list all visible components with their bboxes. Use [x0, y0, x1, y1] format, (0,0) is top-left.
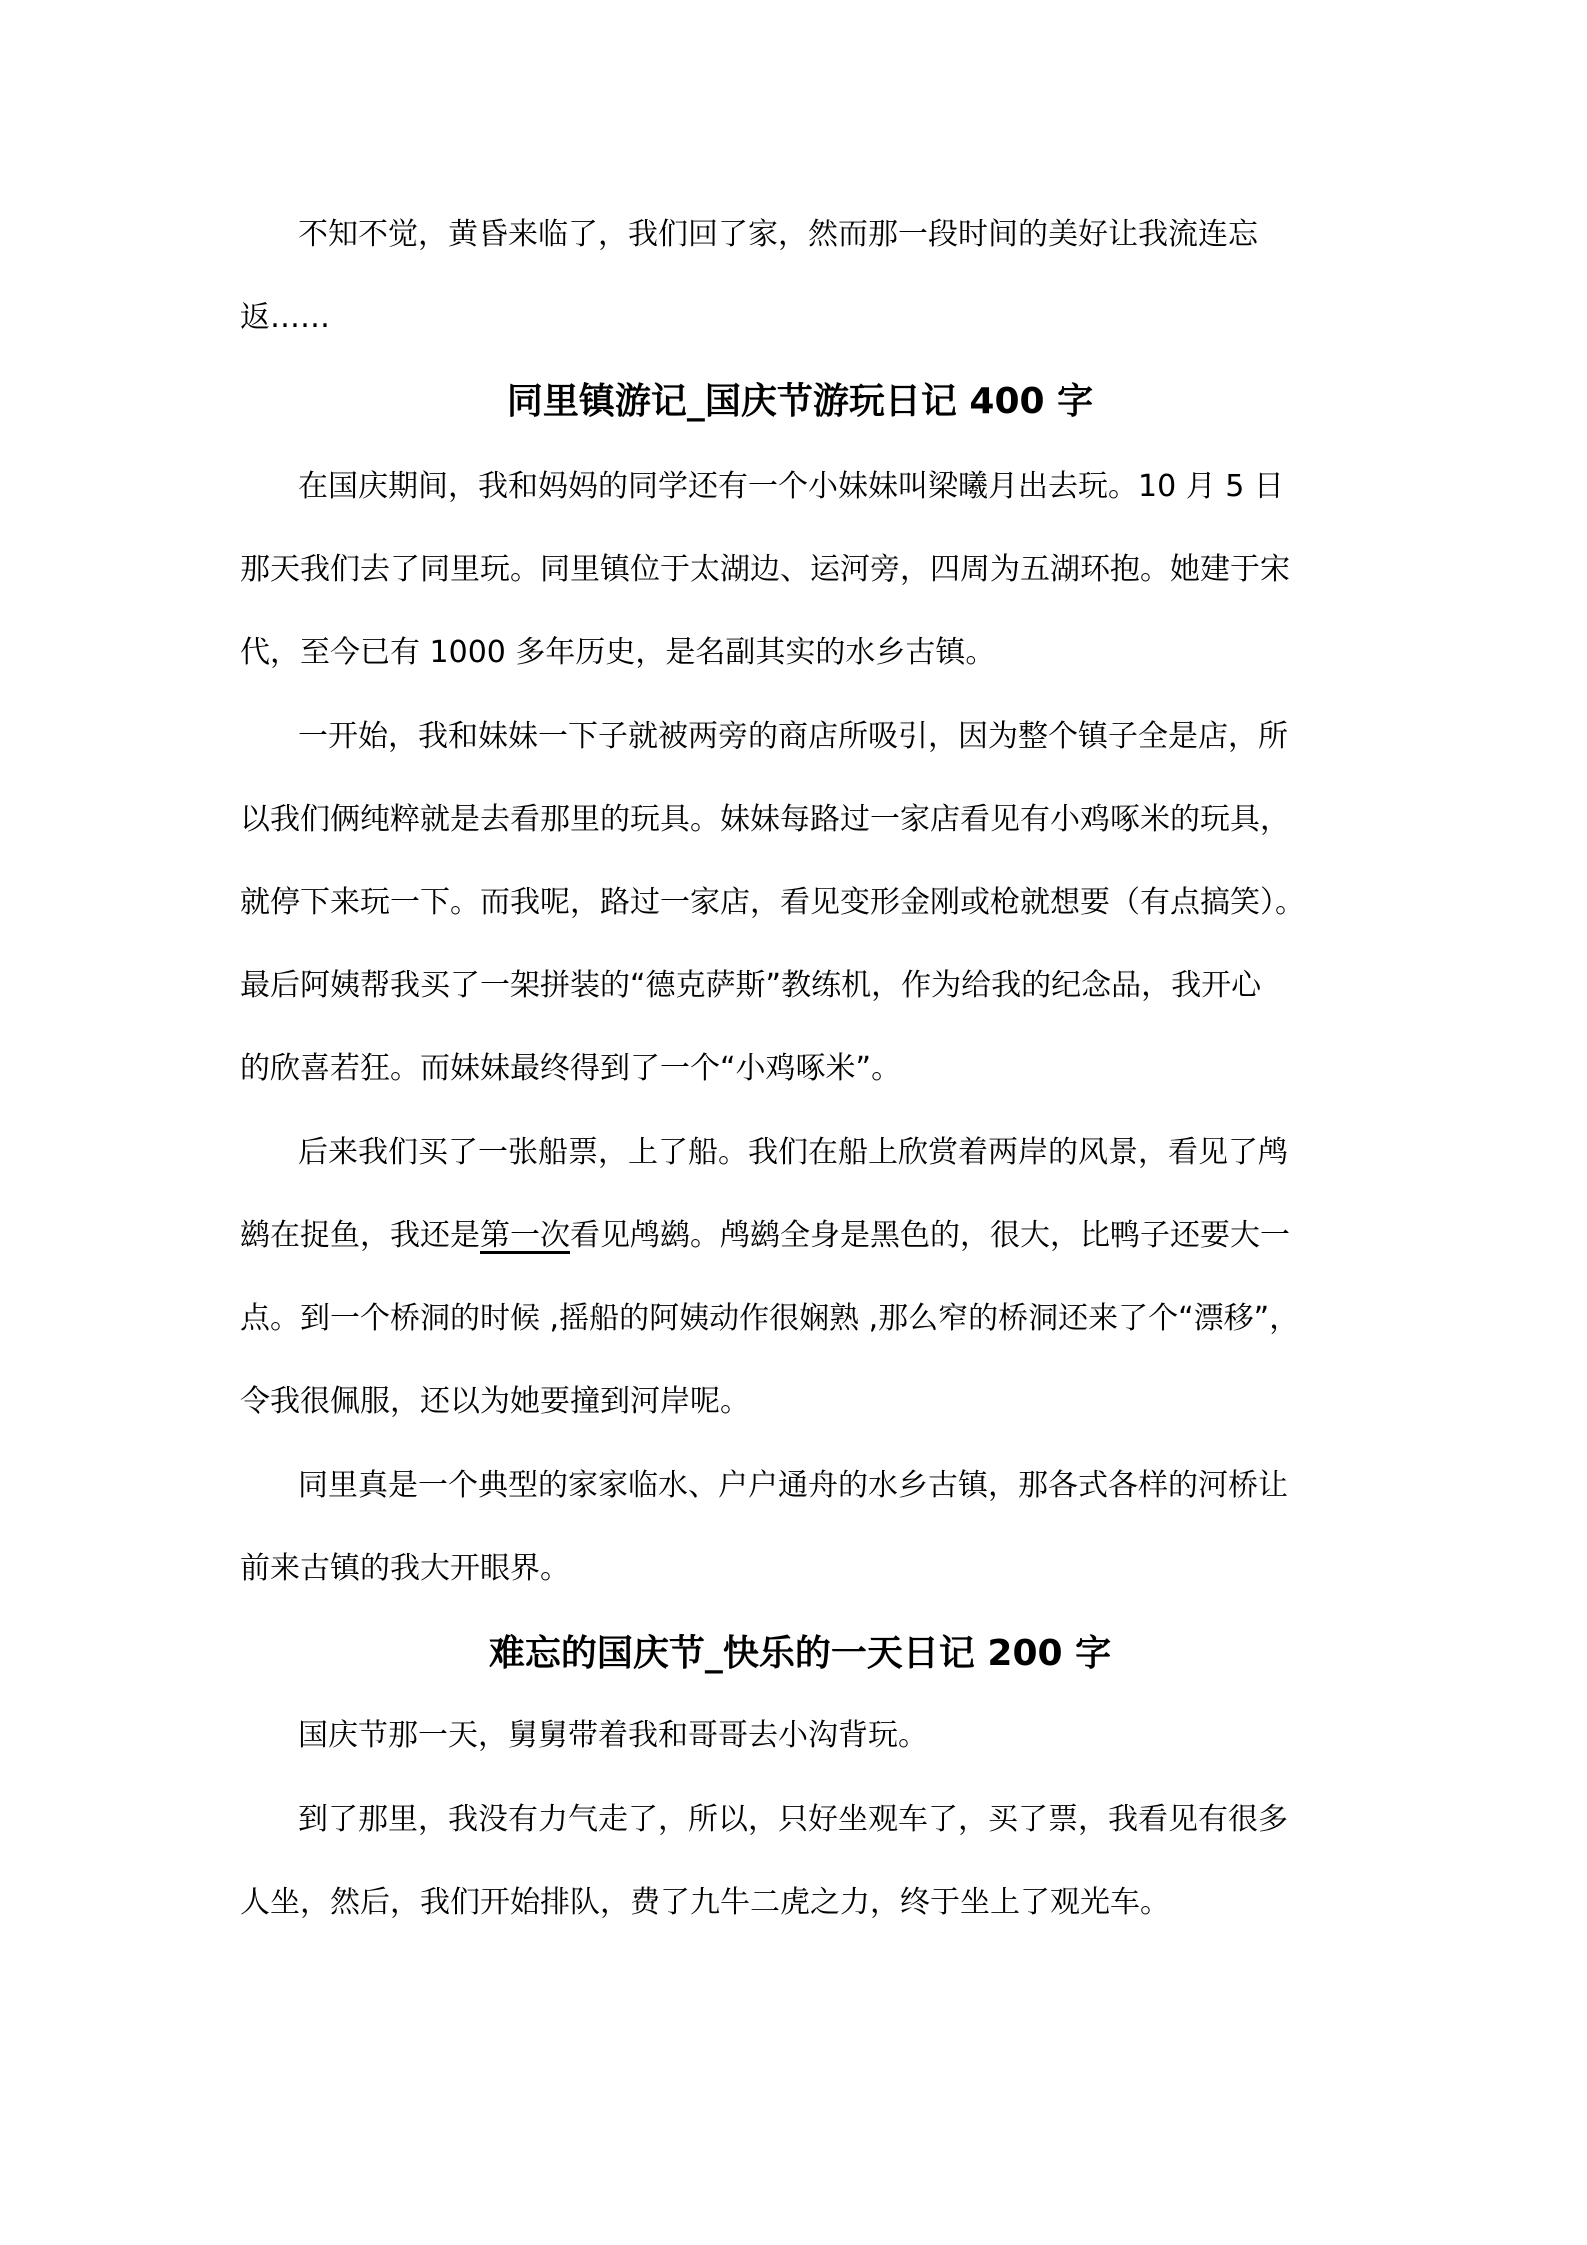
underlined-text: 第一次 [480, 1218, 570, 1253]
text-line: 代，至今已有 1000 多年历史，是名副其实的水乡古镇。 [240, 633, 1360, 673]
document-page: 不知不觉，黄昏来临了，我们回了家，然而那一段时间的美好让我流连忘 返…… 同里镇… [0, 0, 1587, 2245]
text-line: 前来古镇的我大开眼界。 [240, 1549, 1360, 1589]
text-line: 一开始，我和妹妹一下子就被两旁的商店所吸引，因为整个镇子全是店，所 [298, 717, 1418, 757]
text-line: 不知不觉，黄昏来临了，我们回了家，然而那一段时间的美好让我流连忘 [298, 215, 1418, 255]
text-line: 那天我们去了同里玩。同里镇位于太湖边、运河旁，四周为五湖环抱。她建于宋 [240, 550, 1360, 590]
text-line: 以我们俩纯粹就是去看那里的玩具。妹妹每路过一家店看见有小鸡啄米的玩具， [240, 800, 1360, 840]
text-line: 后来我们买了一张船票，上了船。我们在船上欣赏着两岸的风景，看见了鸬 [298, 1133, 1418, 1173]
text-line: 同里真是一个典型的家家临水、户户通舟的水乡古镇，那各式各样的河桥让 [298, 1466, 1418, 1506]
text-line: 返…… [240, 298, 1360, 338]
text-line: 最后阿姨帮我买了一架拼装的“德克萨斯”教练机，作为给我的纪念品，我开心 [240, 966, 1360, 1006]
text-line: 人坐，然后，我们开始排队，费了九牛二虎之力，终于坐上了观光车。 [240, 1883, 1360, 1923]
text-line: 到了那里，我没有力气走了，所以，只好坐观车了，买了票，我看见有很多 [298, 1800, 1418, 1840]
section-heading-tongli: 同里镇游记_国庆节游玩日记 400 字 [240, 380, 1360, 424]
section-heading-national-day: 难忘的国庆节_快乐的一天日记 200 字 [240, 1632, 1360, 1676]
text-line: 令我很佩服，还以为她要撞到河岸呢。 [240, 1382, 1360, 1422]
text-line: 就停下来玩一下。而我呢，路过一家店，看见变形金刚或枪就想要（有点搞笑）。 [240, 883, 1360, 923]
text-run: 看见鸬鹚。鸬鹚全身是黑色的，很大，比鸭子还要大一 [570, 1218, 1290, 1253]
text-run: 鹚在捉鱼，我还是 [240, 1218, 480, 1253]
text-line: 点。到一个桥洞的时候 ,摇船的阿姨动作很娴熟 ,那么窄的桥洞还来了个“漂移”， [240, 1299, 1360, 1339]
text-line: 在国庆期间，我和妈妈的同学还有一个小妹妹叫梁曦月出去玩。10 月 5 日 [298, 467, 1418, 507]
text-line: 的欣喜若狂。而妹妹最终得到了一个“小鸡啄米”。 [240, 1049, 1360, 1089]
text-line: 鹚在捉鱼，我还是第一次看见鸬鹚。鸬鹚全身是黑色的，很大，比鸭子还要大一 [240, 1216, 1360, 1256]
text-line: 国庆节那一天，舅舅带着我和哥哥去小沟背玩。 [298, 1716, 1418, 1756]
